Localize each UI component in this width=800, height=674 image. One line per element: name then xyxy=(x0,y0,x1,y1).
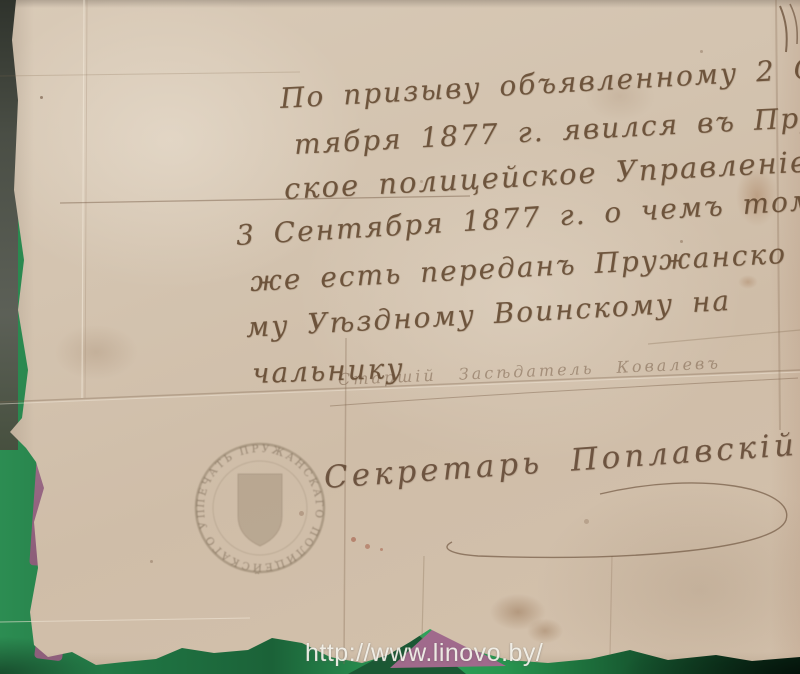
vertical-fold-crease xyxy=(610,556,612,655)
shield-emblem-icon xyxy=(238,474,282,546)
secretary-signature: Секретарь Поплавскій xyxy=(323,427,799,496)
signature-flourish-stroke xyxy=(447,483,787,557)
corner-ink-mark xyxy=(780,6,787,52)
vertical-fold-crease xyxy=(82,0,84,398)
diagonal-crease xyxy=(648,330,800,344)
document-content-layer: ПЕЧАТЬ ПРУЖАНСКАГО ПОЛИЦЕЙСКАГО УПРАВЛЕН… xyxy=(0,0,800,674)
scanned-document-photo: ПЕЧАТЬ ПРУЖАНСКАГО ПОЛИЦЕЙСКАГО УПРАВЛЕН… xyxy=(0,0,800,674)
horizontal-crease xyxy=(0,72,300,76)
police-stamp: ПЕЧАТЬ ПРУЖАНСКАГО ПОЛИЦЕЙСКАГО УПРАВЛЕН… xyxy=(184,436,336,588)
watermark-url: http://www.linovo.by/ xyxy=(305,639,543,668)
vertical-fold-shadow xyxy=(85,0,87,398)
vertical-fold-crease xyxy=(422,556,424,640)
paper-speckles xyxy=(0,0,3,3)
horizontal-crease xyxy=(0,618,250,622)
corner-ink-mark xyxy=(790,4,797,44)
